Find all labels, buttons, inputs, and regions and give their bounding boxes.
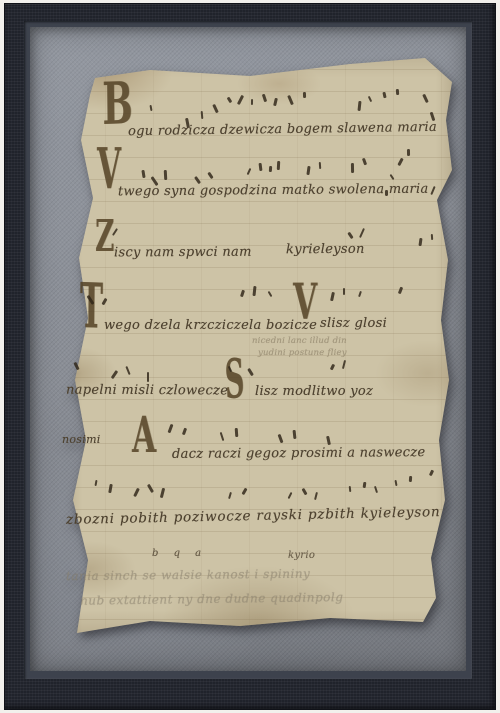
parchment-surface [58, 48, 460, 640]
photograph-of-framed-manuscript: B ogu rodzicza dzewicza bogem slawena ma… [0, 0, 500, 713]
parchment-leaf: B ogu rodzicza dzewicza bogem slawena ma… [58, 48, 460, 640]
